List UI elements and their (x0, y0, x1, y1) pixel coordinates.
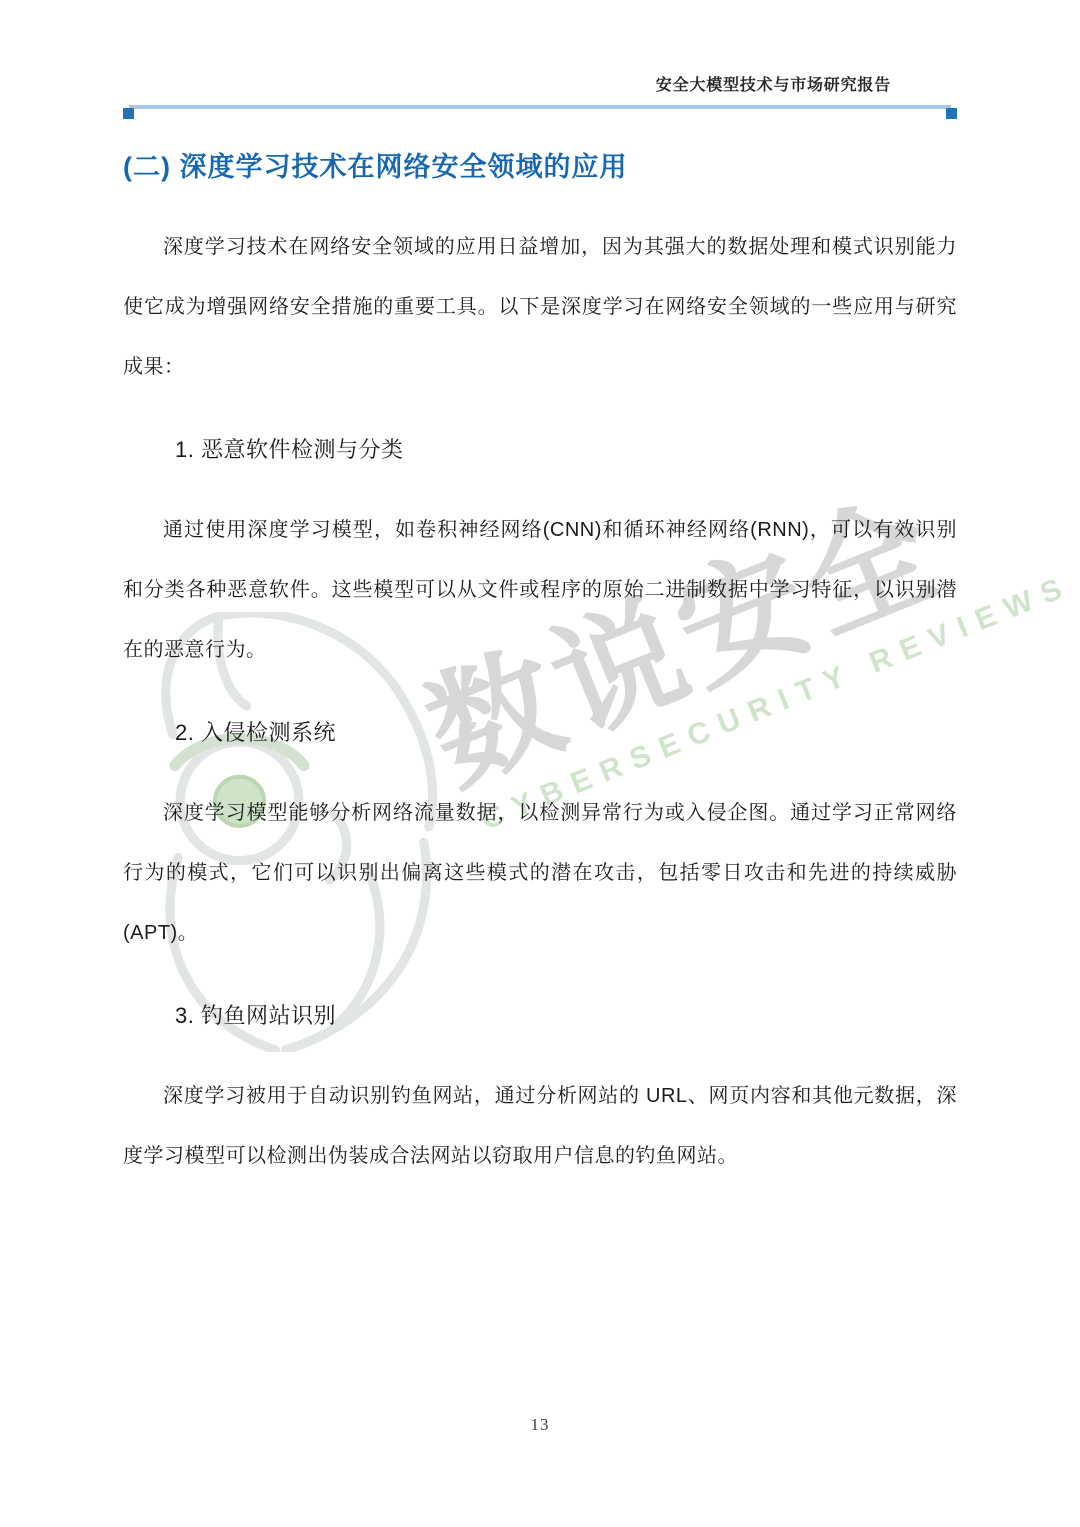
body-paragraph: 深度学习模型能够分析网络流量数据，以检测异常行为或入侵企图。通过学习正常网络行为… (123, 783, 957, 963)
page-header-title: 安全大模型技术与市场研究报告 (123, 0, 957, 98)
body-paragraph: 深度学习被用于自动识别钓鱼网站，通过分析网站的 URL、网页内容和其他元数据，深… (123, 1066, 957, 1186)
page-number: 13 (0, 1415, 1080, 1435)
sub-section-heading: 1. 恶意软件检测与分类 (123, 420, 957, 480)
body-paragraph: 深度学习技术在网络安全领域的应用日益增加，因为其强大的数据处理和模式识别能力使它… (123, 217, 957, 397)
section-heading: (二) 深度学习技术在网络安全领域的应用 (123, 149, 957, 185)
header-rule-left-square (123, 108, 134, 119)
page-content: 安全大模型技术与市场研究报告 (二) 深度学习技术在网络安全领域的应用 深度学习… (0, 0, 1080, 1186)
sub-section-heading: 3. 钓鱼网站识别 (123, 986, 957, 1046)
header-rule-right-square (946, 108, 957, 119)
body-paragraph: 通过使用深度学习模型，如卷积神经网络(CNN)和循环神经网络(RNN)，可以有效… (123, 500, 957, 680)
header-rule (123, 105, 957, 121)
sub-section-heading: 2. 入侵检测系统 (123, 703, 957, 763)
header-rule-line (129, 105, 951, 109)
report-page: 数说安全 CYBERSECURITY REVIEWS 安全大模型技术与市场研究报… (0, 0, 1080, 1527)
section-body: 深度学习技术在网络安全领域的应用日益增加，因为其强大的数据处理和模式识别能力使它… (123, 217, 957, 1186)
